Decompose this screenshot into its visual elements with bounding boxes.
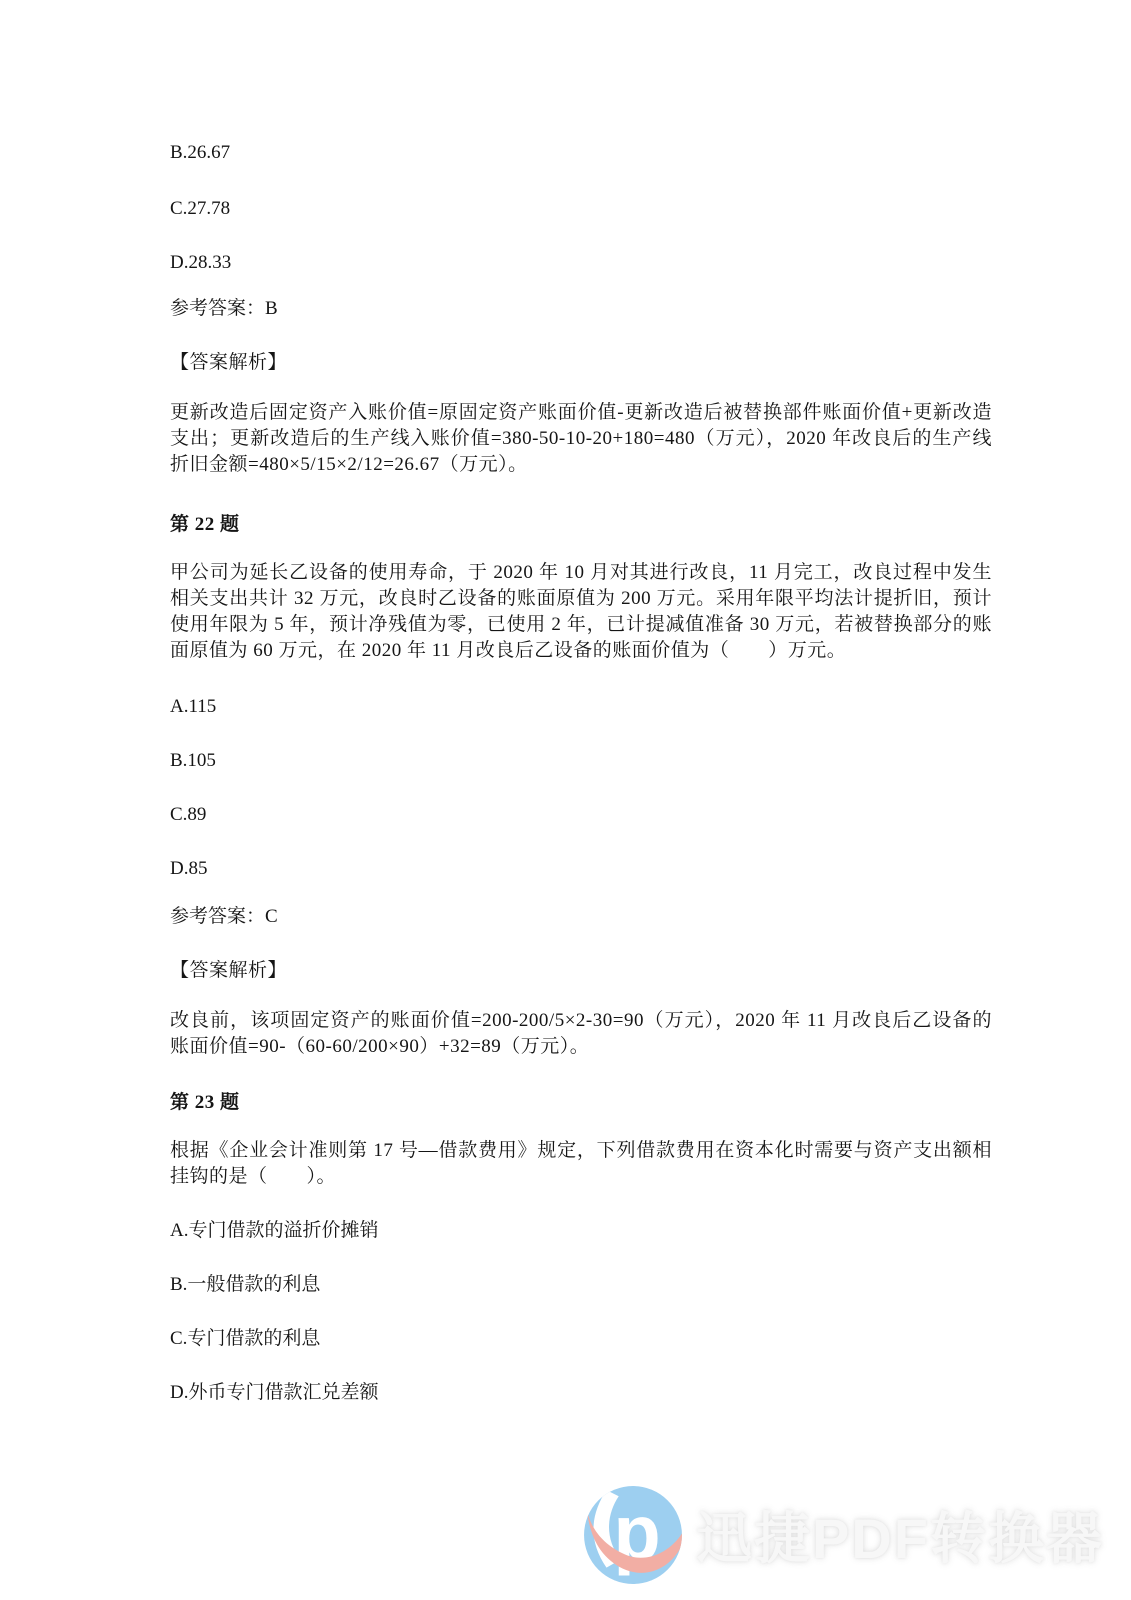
pdf-converter-logo-icon: p (582, 1484, 684, 1586)
q22-analysis-text: 改良前，该项固定资产的账面价值=200-200/5×2-30=90（万元），20… (170, 1008, 992, 1060)
document-content: B.26.67 C.27.78 D.28.33 参考答案：B 【答案解析】 更新… (170, 140, 992, 1434)
q22-analysis-title: 【答案解析】 (170, 958, 992, 984)
q23-option-d: D.外币专门借款汇兑差额 (170, 1380, 992, 1406)
q23-body: 根据《企业会计准则第 17 号—借款费用》规定，下列借款费用在资本化时需要与资产… (170, 1138, 992, 1190)
q22-option-c: C.89 (170, 802, 992, 828)
q21-analysis-title: 【答案解析】 (170, 350, 992, 376)
q23-title: 第 23 题 (170, 1090, 992, 1116)
q22-title: 第 22 题 (170, 512, 992, 538)
q23-option-b: B.一般借款的利息 (170, 1272, 992, 1298)
q21-reference-answer: 参考答案：B (170, 296, 992, 322)
q22-body: 甲公司为延长乙设备的使用寿命，于 2020 年 10 月对其进行改良，11 月完… (170, 560, 992, 664)
q21-option-c: C.27.78 (170, 196, 992, 222)
q22-option-a: A.115 (170, 694, 992, 720)
q21-analysis-text: 更新改造后固定资产入账价值=原固定资产账面价值-更新改造后被替换部件账面价值+更… (170, 400, 992, 478)
watermark-text: 迅捷PDF转换器 (696, 1495, 1104, 1575)
watermark: p 迅捷PDF转换器 (582, 1482, 1104, 1588)
q21-option-b: B.26.67 (170, 140, 992, 166)
q22-option-d: D.85 (170, 856, 992, 882)
svg-text:p: p (613, 1490, 660, 1576)
q22-reference-answer: 参考答案：C (170, 904, 992, 930)
q23-option-a: A.专门借款的溢折价摊销 (170, 1218, 992, 1244)
q22-option-b: B.105 (170, 748, 992, 774)
q23-option-c: C.专门借款的利息 (170, 1326, 992, 1352)
q21-option-d: D.28.33 (170, 250, 992, 276)
document-page: B.26.67 C.27.78 D.28.33 参考答案：B 【答案解析】 更新… (0, 0, 1131, 1600)
